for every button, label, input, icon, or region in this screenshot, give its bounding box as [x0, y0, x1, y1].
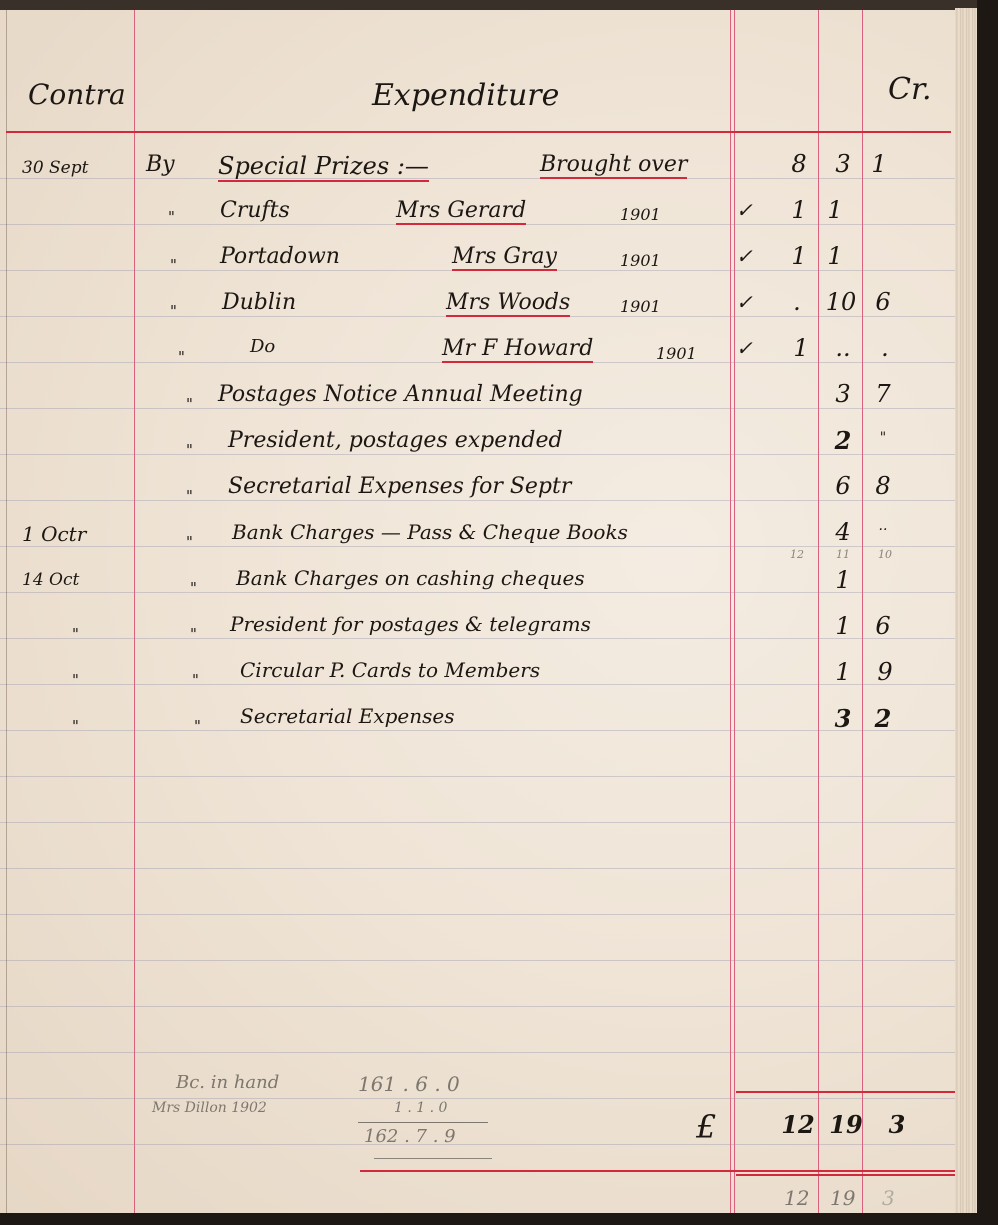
entry-prefix: By — [146, 152, 175, 177]
amount-pounds: . — [780, 288, 814, 316]
entry-description: Secretarial Expenses — [240, 704, 455, 728]
amount-pence: 6 — [866, 288, 900, 316]
total-double-rule — [736, 1174, 958, 1176]
entry-description: Circular P. Cards to Members — [240, 658, 540, 682]
pencil-subtotal-shillings: 11 — [836, 548, 850, 561]
amount-pence: .. — [866, 518, 900, 534]
ditto-mark: " — [178, 348, 185, 366]
dillon-label: Mrs Dillon 1902 — [152, 1100, 267, 1116]
ditto-date: " — [72, 625, 79, 643]
page-stack-edge — [955, 8, 977, 1218]
ledger-page: Contra Expenditure Cr. 30 Sept By Specia… — [0, 10, 958, 1215]
check-mark-icon[interactable]: ✓ — [736, 336, 753, 360]
amount-pence: 8 — [866, 472, 900, 500]
header-cr: Cr. — [888, 72, 932, 107]
amount-pence: 6 — [866, 612, 900, 640]
pencil-total-pounds: 12 — [784, 1186, 809, 1210]
ditto-mark: " — [190, 579, 197, 597]
ditto-mark: " — [186, 533, 193, 551]
amount-shillings: 3 — [826, 380, 860, 408]
amount-shillings: .. — [826, 334, 860, 362]
ditto-mark: " — [190, 625, 197, 643]
amount-pounds: 1 — [782, 242, 816, 270]
entry-year: 1901 — [620, 205, 661, 224]
pencil-sum-line — [358, 1122, 488, 1123]
ditto-mark: " — [168, 208, 175, 226]
pencil-underline — [374, 1158, 492, 1159]
ditto-mark: " — [186, 441, 193, 459]
amount-shillings: 4 — [826, 518, 860, 546]
amount-pence: 1 — [862, 150, 896, 178]
amount-pounds: 1 — [784, 334, 818, 362]
entry-description: Crufts — [220, 198, 290, 223]
balance-in-hand-label: Bc. in hand — [176, 1072, 279, 1093]
amount-pence: 9 — [868, 658, 902, 686]
entry-description: Bank Charges on cashing cheques — [236, 566, 585, 590]
amount-shillings: 1 — [826, 658, 860, 686]
entry-year: 1901 — [620, 297, 661, 316]
entry-description: Special Prizes :— — [218, 152, 429, 182]
amount-shillings: 1 — [818, 242, 852, 270]
entry-name: Mrs Gerard — [396, 198, 526, 225]
shillings-column-line — [818, 10, 819, 1215]
entry-year: 1901 — [620, 251, 661, 270]
amount-shillings: 3 — [826, 704, 860, 733]
header-contra: Contra — [28, 78, 126, 111]
amount-pence: " — [866, 430, 900, 446]
entry-description: President for postages & telegrams — [230, 612, 591, 636]
pencil-total-pence: 3 — [882, 1186, 895, 1210]
brought-over-label: Brought over — [540, 152, 687, 179]
book-binding — [977, 0, 998, 1225]
pounds-column-line-b — [734, 10, 735, 1215]
pencil-subtotal-pounds: 12 — [790, 548, 804, 561]
entry-year: 1901 — [656, 344, 697, 363]
total-pence: 3 — [880, 1110, 914, 1139]
total-top-rule — [736, 1091, 958, 1093]
total-shillings: 19 — [826, 1110, 866, 1139]
entry-name: Mrs Gray — [452, 244, 557, 271]
page-left-edge — [6, 10, 7, 1215]
total-bottom-rule — [360, 1170, 958, 1172]
header-rule — [6, 131, 951, 133]
dillon-amount: 1 . 1 . 0 — [394, 1100, 447, 1116]
entry-date: 14 Oct — [22, 570, 79, 590]
entry-description: Bank Charges — Pass & Cheque Books — [232, 520, 628, 544]
amount-pence: . — [868, 334, 902, 362]
entry-description: Postages Notice Annual Meeting — [218, 382, 583, 407]
entry-description: Do — [250, 336, 275, 357]
check-mark-icon[interactable]: ✓ — [736, 198, 753, 222]
amount-shillings: 10 — [824, 288, 858, 316]
amount-pence: 2 — [866, 704, 900, 733]
balance-in-hand-amount: 161 . 6 . 0 — [358, 1072, 460, 1096]
pencil-sum-amount: 162 . 7 . 9 — [364, 1126, 456, 1147]
amount-shillings: 3 — [826, 150, 860, 178]
ditto-mark: " — [170, 302, 177, 320]
entry-description: Dublin — [222, 290, 296, 315]
amount-shillings: 6 — [826, 472, 860, 500]
entry-description: Secretarial Expenses for Septr — [228, 474, 571, 499]
amount-shillings: 1 — [818, 196, 852, 224]
entry-description: President, postages expended — [228, 428, 563, 453]
scan-bottom-edge — [0, 1213, 998, 1225]
pound-sign-icon: £ — [696, 1108, 716, 1146]
ditto-mark: " — [194, 717, 201, 735]
entry-name: Mr F Howard — [442, 336, 593, 363]
check-mark-icon[interactable]: ✓ — [736, 290, 753, 314]
ditto-mark: " — [186, 487, 193, 505]
total-pounds: 12 — [776, 1110, 820, 1139]
check-mark-icon[interactable]: ✓ — [736, 244, 753, 268]
ditto-date: " — [72, 671, 79, 689]
ditto-mark: " — [186, 395, 193, 413]
pounds-column-line-a — [730, 10, 731, 1215]
pence-column-line — [862, 10, 863, 1215]
page-title: Expenditure — [372, 78, 559, 113]
amount-shillings: 2 — [826, 426, 860, 455]
amount-pounds: 1 — [782, 196, 816, 224]
pencil-total-shillings: 19 — [830, 1186, 855, 1210]
amount-pounds: 8 — [782, 150, 816, 178]
entry-name: Mrs Woods — [446, 290, 570, 317]
amount-shillings: 1 — [826, 612, 860, 640]
amount-shillings: 1 — [826, 566, 860, 594]
entry-description: Portadown — [220, 244, 340, 269]
entry-date: 1 Octr — [22, 522, 86, 546]
ditto-date: " — [72, 717, 79, 735]
ditto-mark: " — [170, 256, 177, 274]
pencil-subtotal-pence: 10 — [878, 548, 892, 561]
entry-date: 30 Sept — [22, 158, 88, 178]
date-margin-line — [134, 10, 135, 1215]
amount-pence: 7 — [866, 380, 900, 408]
ditto-mark: " — [192, 671, 199, 689]
